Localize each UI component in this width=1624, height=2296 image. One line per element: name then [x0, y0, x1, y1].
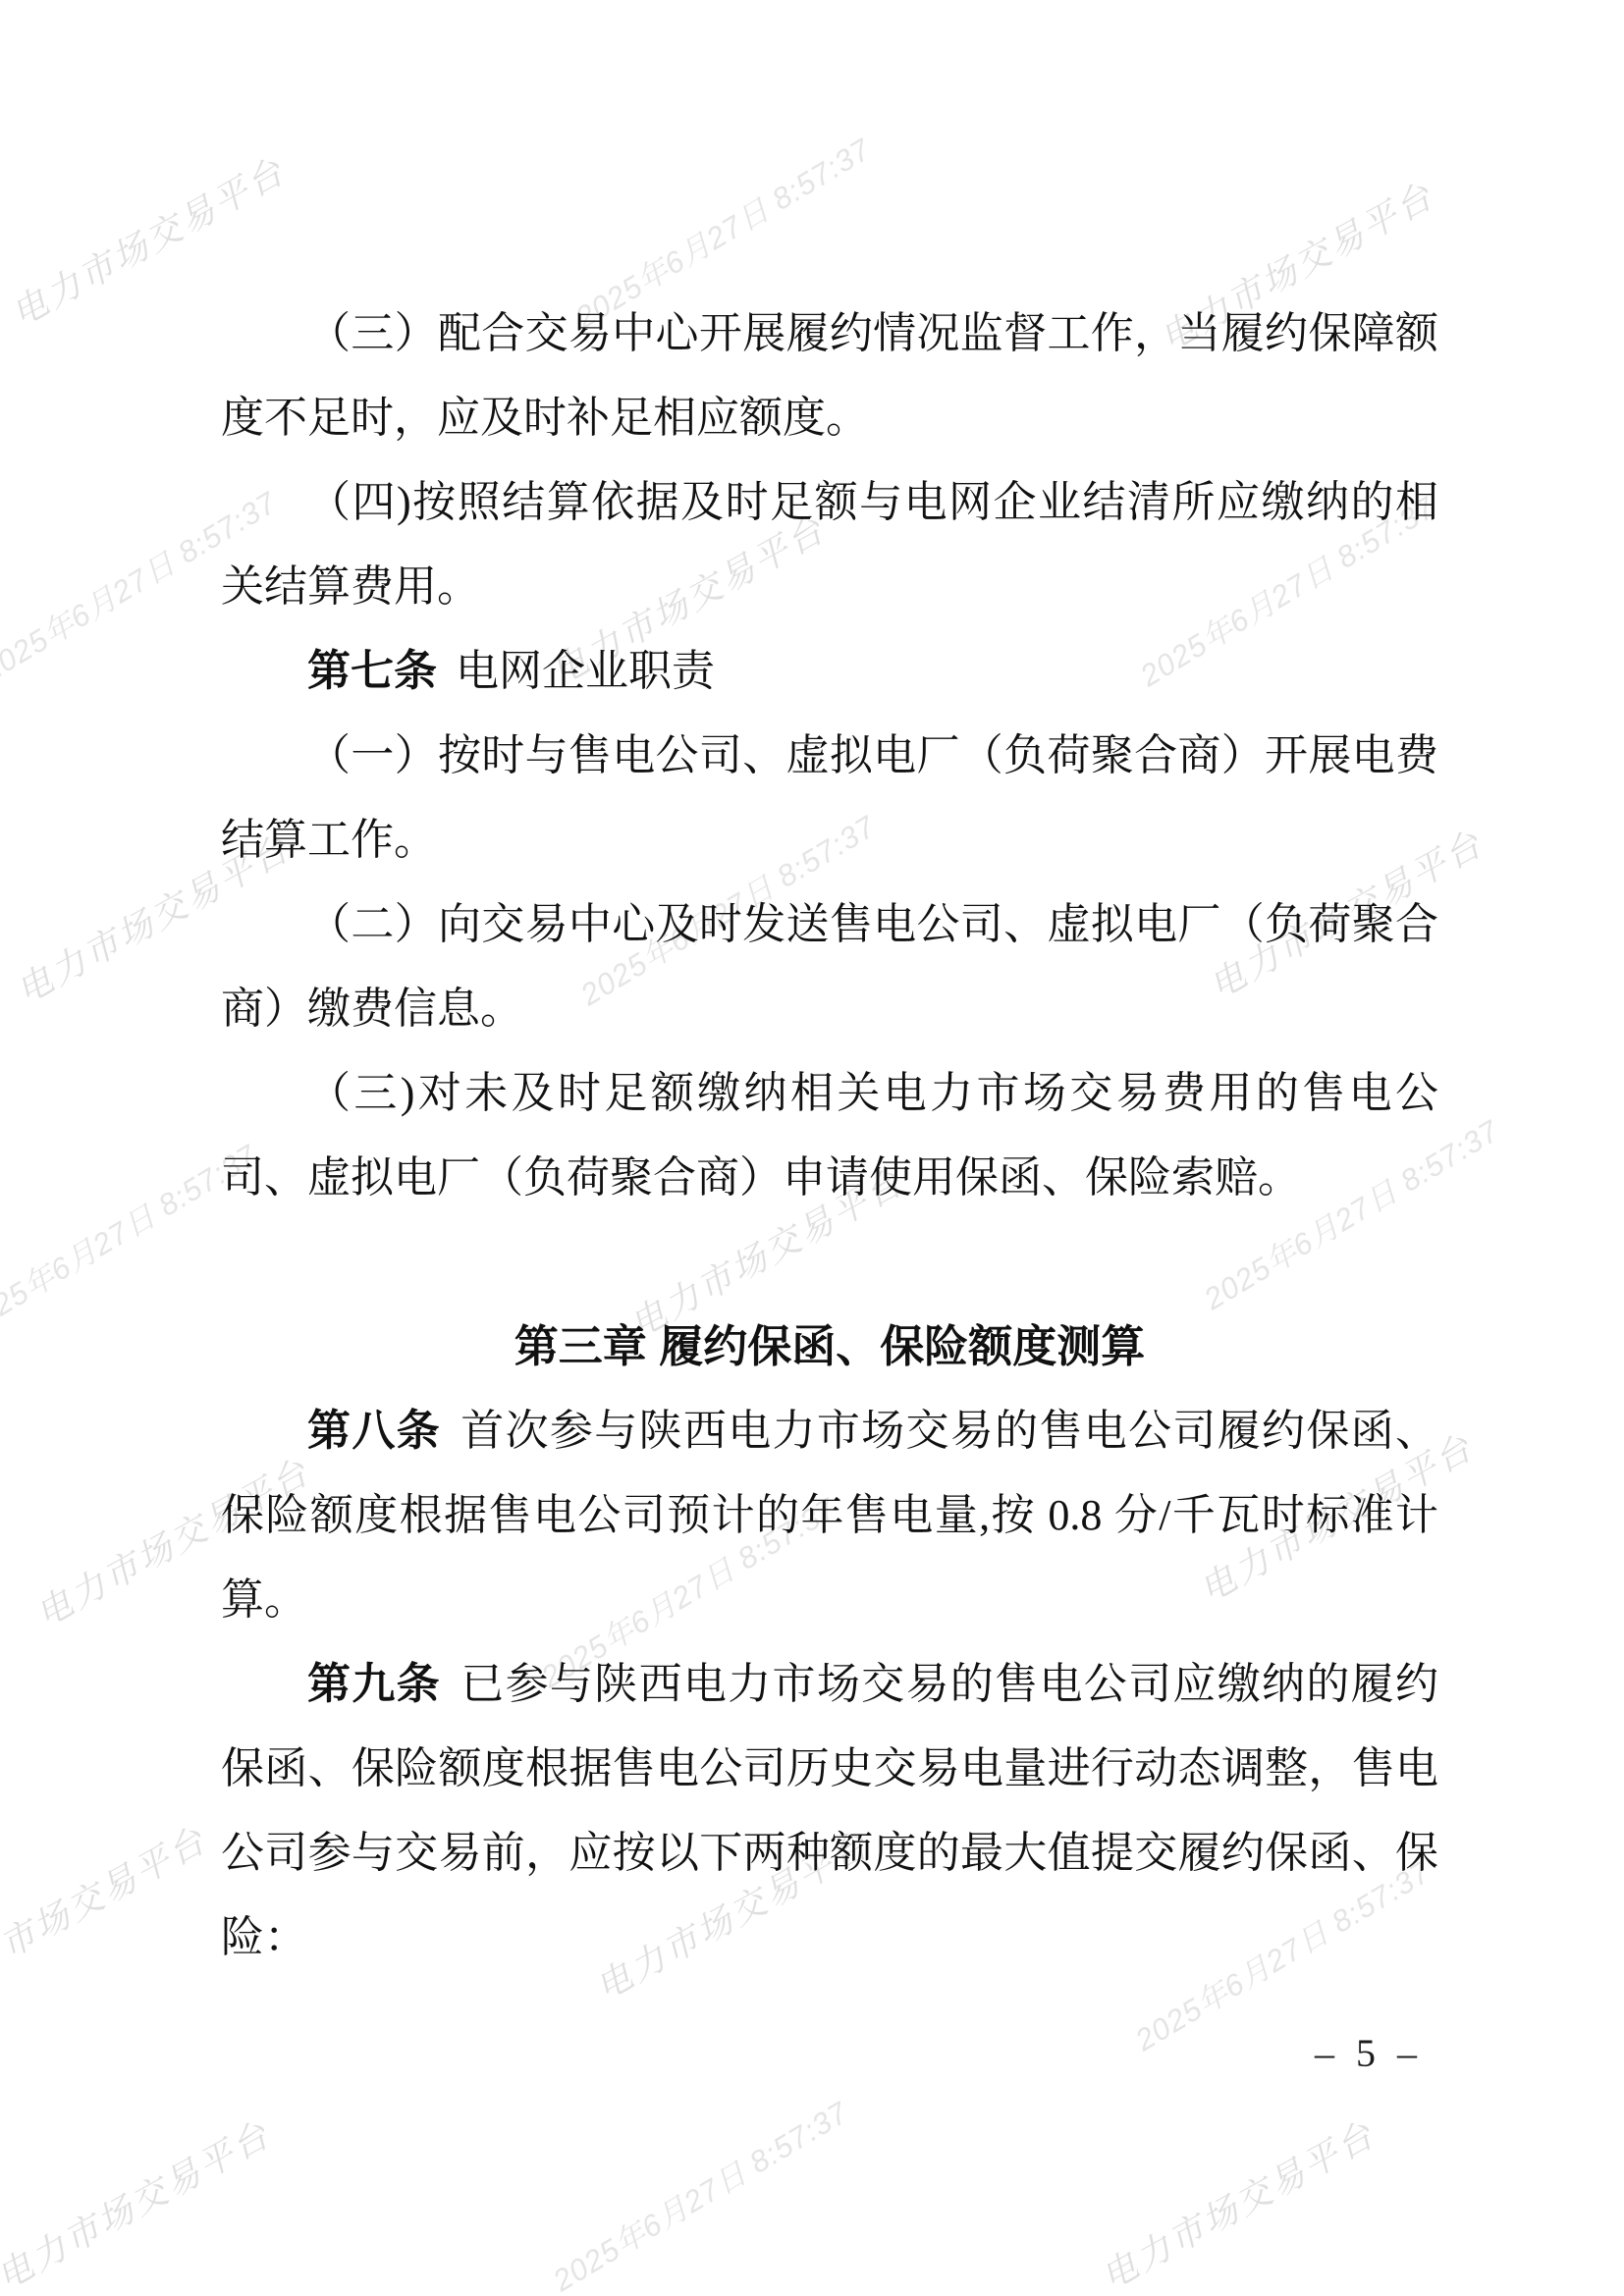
paragraph: 第九条 已参与陕西电力市场交易的售电公司应缴纳的履约保函、保险额度根据售电公司历… — [221, 1642, 1438, 1980]
watermark-text: 电力市场交易平台 — [0, 1813, 215, 2005]
article-lead-9: 第九条 — [307, 1660, 441, 1708]
paragraph-text: 电网企业职责 — [445, 647, 715, 695]
paragraph: （二）向交易中心及时发送售电公司、虚拟电厂（负荷聚合商）缴费信息。 — [221, 882, 1438, 1051]
document-page: { "watermarks": { "texts": ["电力市场交易平台", … — [0, 0, 1624, 2296]
article-lead-7: 第七条 — [307, 647, 437, 695]
chapter-heading: 第三章 履约保函、保险额度测算 — [221, 1305, 1438, 1389]
page-number: – 5 – — [1315, 2024, 1423, 2083]
paragraph: （三）配合交易中心开展履约情况监督工作，当履约保障额度不足时，应及时补足相应额度… — [221, 292, 1438, 460]
paragraph: 第七条 电网企业职责 — [221, 629, 1438, 714]
paragraph: （一）按时与售电公司、虚拟电厂（负荷聚合商）开展电费结算工作。 — [221, 714, 1438, 882]
document-body: （三）配合交易中心开展履约情况监督工作，当履约保障额度不足时，应及时补足相应额度… — [221, 292, 1438, 1980]
watermark-text: 2025年6月27日 8:57:37 — [543, 2088, 855, 2296]
paragraph: 第八条 首次参与陕西电力市场交易的售电公司履约保函、保险额度根据售电公司预计的年… — [221, 1389, 1438, 1642]
watermark-text: 电力市场交易平台 — [1091, 2108, 1383, 2296]
paragraph-text: （三)对未及时足额缴纳相关电力市场交易费用的售电公司、虚拟电厂（负荷聚合商）申请… — [221, 1069, 1438, 1201]
paragraph-text: （四)按照结算依据及时足额与电网企业结清所应缴纳的相关结算费用。 — [221, 478, 1438, 611]
article-lead-8: 第八条 — [307, 1407, 441, 1455]
paragraph: （四)按照结算依据及时足额与电网企业结清所应缴纳的相关结算费用。 — [221, 460, 1438, 629]
paragraph-text: （二）向交易中心及时发送售电公司、虚拟电厂（负荷聚合商）缴费信息。 — [221, 900, 1438, 1033]
watermark-text: 电力市场交易平台 — [0, 2108, 279, 2296]
paragraph-text: （一）按时与售电公司、虚拟电厂（负荷聚合商）开展电费结算工作。 — [221, 731, 1438, 864]
paragraph-text: （三）配合交易中心开展履约情况监督工作，当履约保障额度不足时，应及时补足相应额度… — [221, 309, 1438, 442]
paragraph: （三)对未及时足额缴纳相关电力市场交易费用的售电公司、虚拟电厂（负荷聚合商）申请… — [221, 1051, 1438, 1220]
